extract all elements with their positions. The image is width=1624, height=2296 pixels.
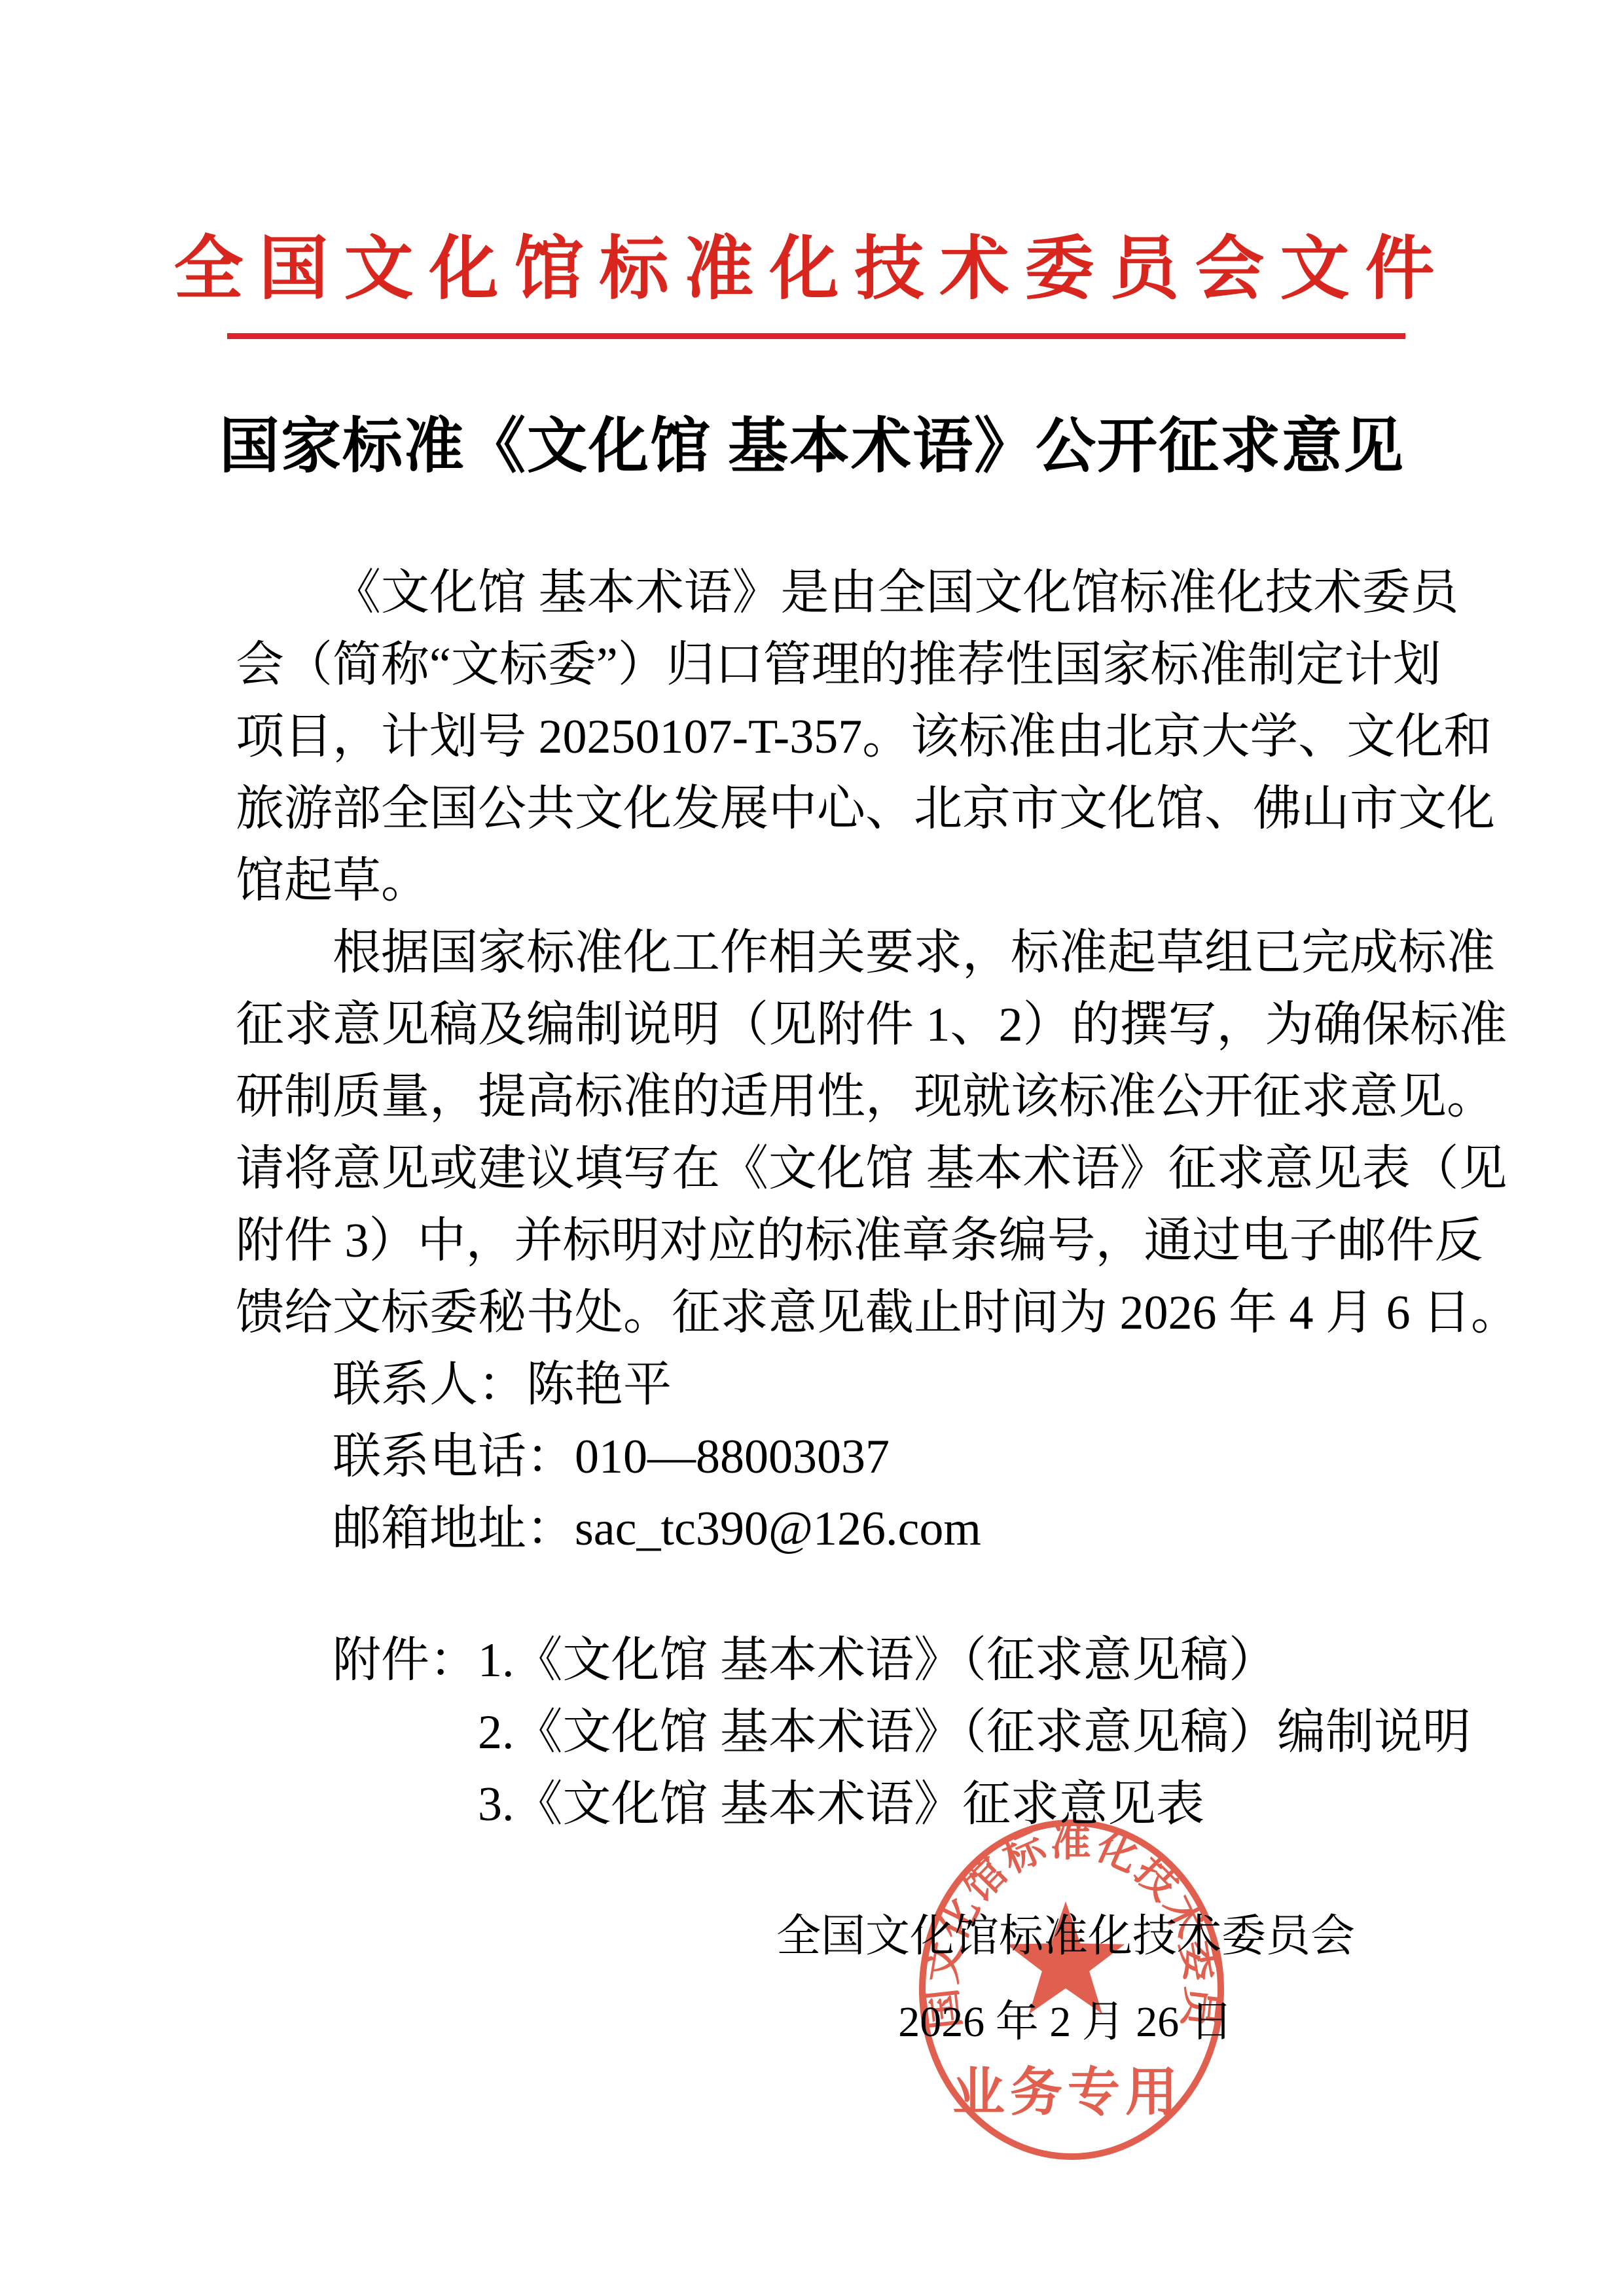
body-line: 征求意见稿及编制说明（见附件 1、2）的撰写，为确保标准	[236, 989, 1414, 1061]
document-page: 全国文化馆标准化技术委员会文件 国家标准《文化馆 基本术语》公开征求意见 《文化…	[0, 0, 1624, 2296]
document-title: 国家标准《文化馆 基本术语》公开征求意见	[0, 398, 1624, 484]
contact-phone-line: 联系电话：010—88003037	[236, 1421, 1414, 1493]
body-line: 项目，计划号 20250107-T-357。该标准由北京大学、文化和	[236, 701, 1414, 773]
red-separator-line	[227, 333, 1405, 339]
body-line: 旅游部全国公共文化发展中心、北京市文化馆、佛山市文化	[236, 773, 1414, 845]
attachment-line: 2.《文化馆 基本术语》（征求意见稿）编制说明	[236, 1696, 1414, 1768]
attachment-line: 3.《文化馆 基本术语》征求意见表	[236, 1768, 1414, 1840]
contact-email-line: 邮箱地址：sac_tc390@126.com	[236, 1493, 1414, 1565]
attachment-line: 附件：1.《文化馆 基本术语》（征求意见稿）	[236, 1624, 1414, 1696]
contact-person-line: 联系人：陈艳平	[236, 1349, 1414, 1421]
seal-bottom-text: 业务专用	[952, 2064, 1183, 2122]
document-header-title: 全国文化馆标准化技术委员会文件	[0, 213, 1624, 313]
body-line: 请将意见或建议填写在《文化馆 基本术语》征求意见表（见	[236, 1133, 1414, 1205]
body-line: 研制质量，提高标准的适用性，现就该标准公开征求意见。	[236, 1061, 1414, 1133]
attachments-list: 附件：1.《文化馆 基本术语》（征求意见稿） 2.《文化馆 基本术语》（征求意见…	[236, 1624, 1414, 1840]
body-line: 会（简称“文标委”）归口管理的推荐性国家标准制定计划	[236, 629, 1414, 701]
document-body: 《文化馆 基本术语》是由全国文化馆标准化技术委员 会（简称“文标委”）归口管理的…	[236, 557, 1414, 1565]
star-icon	[1007, 1901, 1125, 2014]
official-seal: 全国文化馆标准化技术委员会 业务专用	[913, 1814, 1231, 2165]
body-line: 附件 3）中，并标明对应的标准章条编号，通过电子邮件反	[236, 1205, 1414, 1277]
body-line: 馈给文标委秘书处。征求意见截止时间为 2026 年 4 月 6 日。	[236, 1277, 1414, 1349]
body-line: 馆起草。	[236, 845, 1414, 917]
body-line: 《文化馆 基本术语》是由全国文化馆标准化技术委员	[236, 557, 1414, 629]
body-line: 根据国家标准化工作相关要求，标准起草组已完成标准	[236, 917, 1414, 989]
